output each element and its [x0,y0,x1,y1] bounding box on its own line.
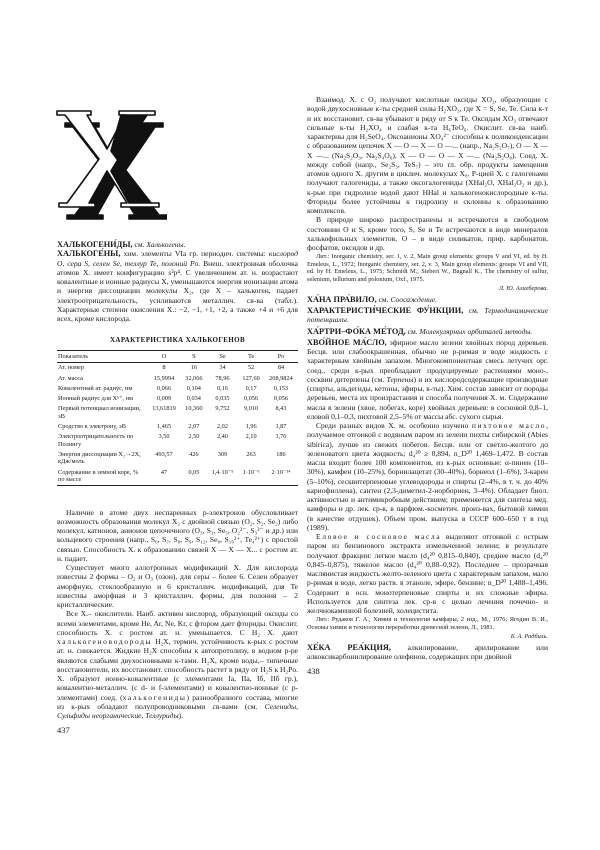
table-header: Po [264,350,298,362]
spaced-term: халькогениды [123,693,187,702]
paragraph: Все X.– окислители. Наиб. активен кислор… [57,609,298,720]
cross-reference-link[interactable]: Молекулярных орбиталей методы. [420,327,533,336]
literature-reference: Лит.: Inorganic chemistry, ser. 1, v. 2,… [307,253,548,283]
left-column: ХАЛЬКОГЕНИ́ДЫ, см. Халькогены. ХАЛЬКОГЕ́… [57,240,298,736]
literature-reference: Лит.: Рудаков Г. А., Химия и технология … [307,616,548,631]
headword: ХА́НА ПРА́ВИЛО, [307,295,377,304]
paragraph: Среди разных видов X. м. особенно изучен… [307,421,548,532]
table-row: Сродство к электрону, эВ1,4652,072,021,9… [57,422,298,432]
table-title: ХАРАКТЕРИСТИКА ХАЛЬКОГЕНОВ [57,336,298,345]
table-row: Ионный радиус для X⁶⁺, нм0,0090,0340,035… [57,394,298,404]
headword: ХАЛЬКОГЕ́НЫ, [57,249,120,258]
spaced-term: халькогеноводороды [57,637,152,646]
entry-chalcogenides: ХАЛЬКОГЕНИ́ДЫ, см. Халькогены. [57,240,298,249]
page-number-right: 438 [307,667,548,676]
left-body-text: Наличие в атоме двух неспаренных p-элект… [57,508,298,721]
cross-reference-link[interactable]: Халькогены. [146,240,185,249]
author-signature: Л. Ю. Алиеберова. [307,284,548,293]
cross-reference-link[interactable]: Терпены [387,375,414,384]
table-header-row: Показатель O S Se Te Po [57,350,298,362]
table-header: S [181,350,207,362]
right-column: Взаимод. X. с O₂ получают кислотные окси… [307,95,548,677]
paragraph: Наличие в атоме двух неспаренных p-элект… [57,508,298,564]
paragraph: Еловое и сосновое масла выделяют отгонко… [307,532,548,615]
table-header: Se [207,350,239,362]
cross-reference-link[interactable]: Соосаждение. [390,295,437,304]
paragraph: Взаимод. X. с O₂ получают кислотные окси… [307,95,548,215]
table-row: Содержание в земной коре, % по массе470,… [57,467,298,485]
spaced-term: Еловое и сосновое масла [316,532,441,541]
entry-chalcogens: ХАЛЬКОГЕ́НЫ, хим. элементы VIa гр. перио… [57,249,298,323]
headword: ХВО́ЙНОЕ МА́СЛО, [307,338,387,347]
page-number-left: 437 [57,726,298,735]
table-header: Показатель [57,350,147,362]
entry-conifer-oil: ХВО́ЙНОЕ МА́СЛО, эфирное масло зелени хв… [307,338,548,421]
paragraph: Существует много аллотропных модификаций… [57,563,298,609]
paragraph: В природе широко распространены и встреч… [307,215,548,252]
headword: ХАРАКТЕРИСТИ́ЧЕСКИЕ ФУ́НКЦИИ, [307,306,463,315]
entry-characteristic-functions: ХАРАКТЕРИСТИ́ЧЕСКИЕ ФУ́НКЦИИ, см. Термод… [307,306,548,325]
entry-hartree-fock: ХА́РТРИ–ФО́КА МЕ́ТОД, см. Молекулярных о… [307,327,548,336]
table-header: Te [238,350,264,362]
headword: ХА́РТРИ–ФО́КА МЕ́ТОД, [307,327,406,336]
table-header: O [147,350,181,362]
headword: ХЕ́КА РЕА́КЦИЯ, [307,643,391,652]
entry-khana-rule: ХА́НА ПРА́ВИЛО, см. Соосаждение. [307,295,548,304]
table-row: Ат. номер816345284 [57,362,298,373]
author-signature: Б. А. Радбиль. [307,632,548,641]
entry-heck-reaction: ХЕ́КА РЕА́КЦИЯ, алкилирование, арилирова… [307,643,548,662]
initial-letter-x-icon [55,105,167,220]
table-row: Ковалентный ат. радиус, нм0,0660,1040,16… [57,383,298,393]
table-row: Электроотрицательность по Полингу3,502,5… [57,432,298,450]
chalcogen-properties-table: Показатель O S Se Te Po Ат. номер8163452… [57,350,298,486]
table-row: Ат. масса15,999432,06678,96127,60208,982… [57,373,298,383]
headword: ХАЛЬКОГЕНИ́ДЫ, [57,240,133,249]
table-row: Первый потенциал ионизации, эВ13,6181910… [57,404,298,422]
spaced-term: пихтовое масло [472,421,546,430]
table-row: Энергия диссоциации X₂→2X, кДж/моль493,5… [57,449,298,467]
